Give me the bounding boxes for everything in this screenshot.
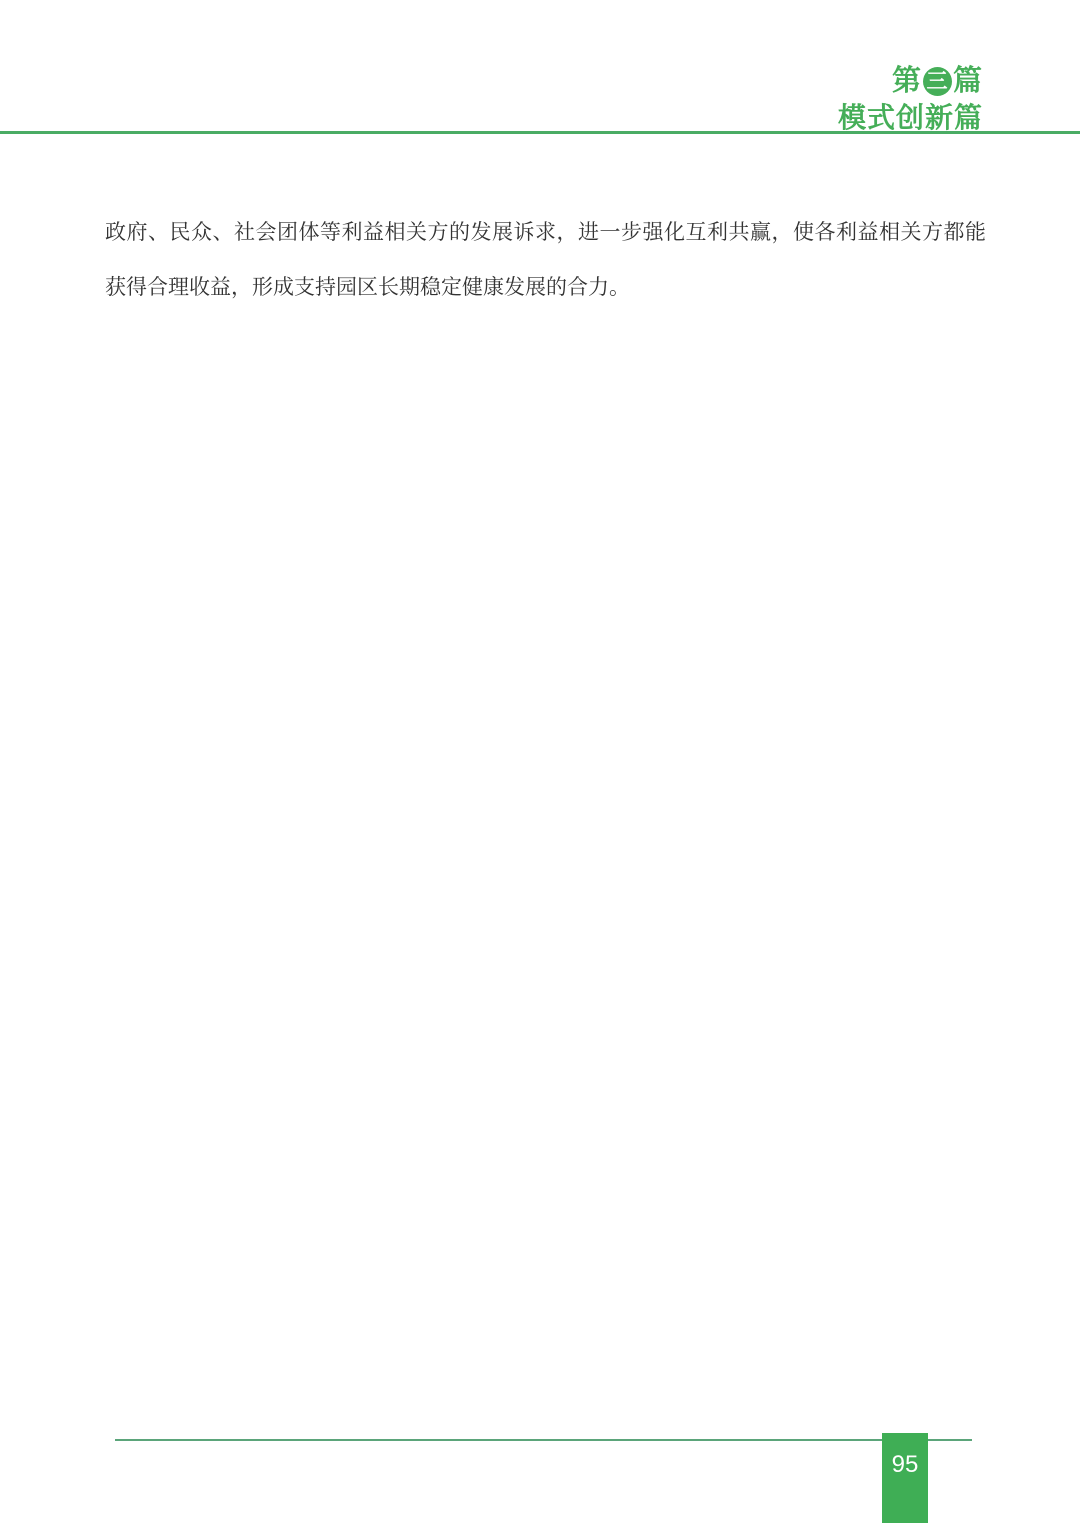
part-title: 第 三 篇	[838, 64, 983, 98]
section-title: 模式创新篇	[838, 103, 983, 133]
part-number-circle-icon: 三	[923, 67, 952, 96]
page-number: 95	[892, 1451, 919, 1478]
header-rule	[0, 131, 1080, 134]
page-header: 第 三 篇 模式创新篇	[838, 64, 983, 133]
page-number-box: 95	[882, 1433, 928, 1523]
part-number: 三	[926, 71, 948, 92]
footer-rule	[115, 1439, 972, 1441]
document-page: 第 三 篇 模式创新篇 政府、民众、社会团体等利益相关方的发展诉求，进一步强化互…	[0, 0, 1080, 1527]
body-paragraph: 政府、民众、社会团体等利益相关方的发展诉求，进一步强化互利共赢，使各利益相关方都…	[105, 205, 986, 315]
part-label-suffix: 篇	[953, 64, 983, 98]
part-label-prefix: 第	[892, 64, 922, 98]
